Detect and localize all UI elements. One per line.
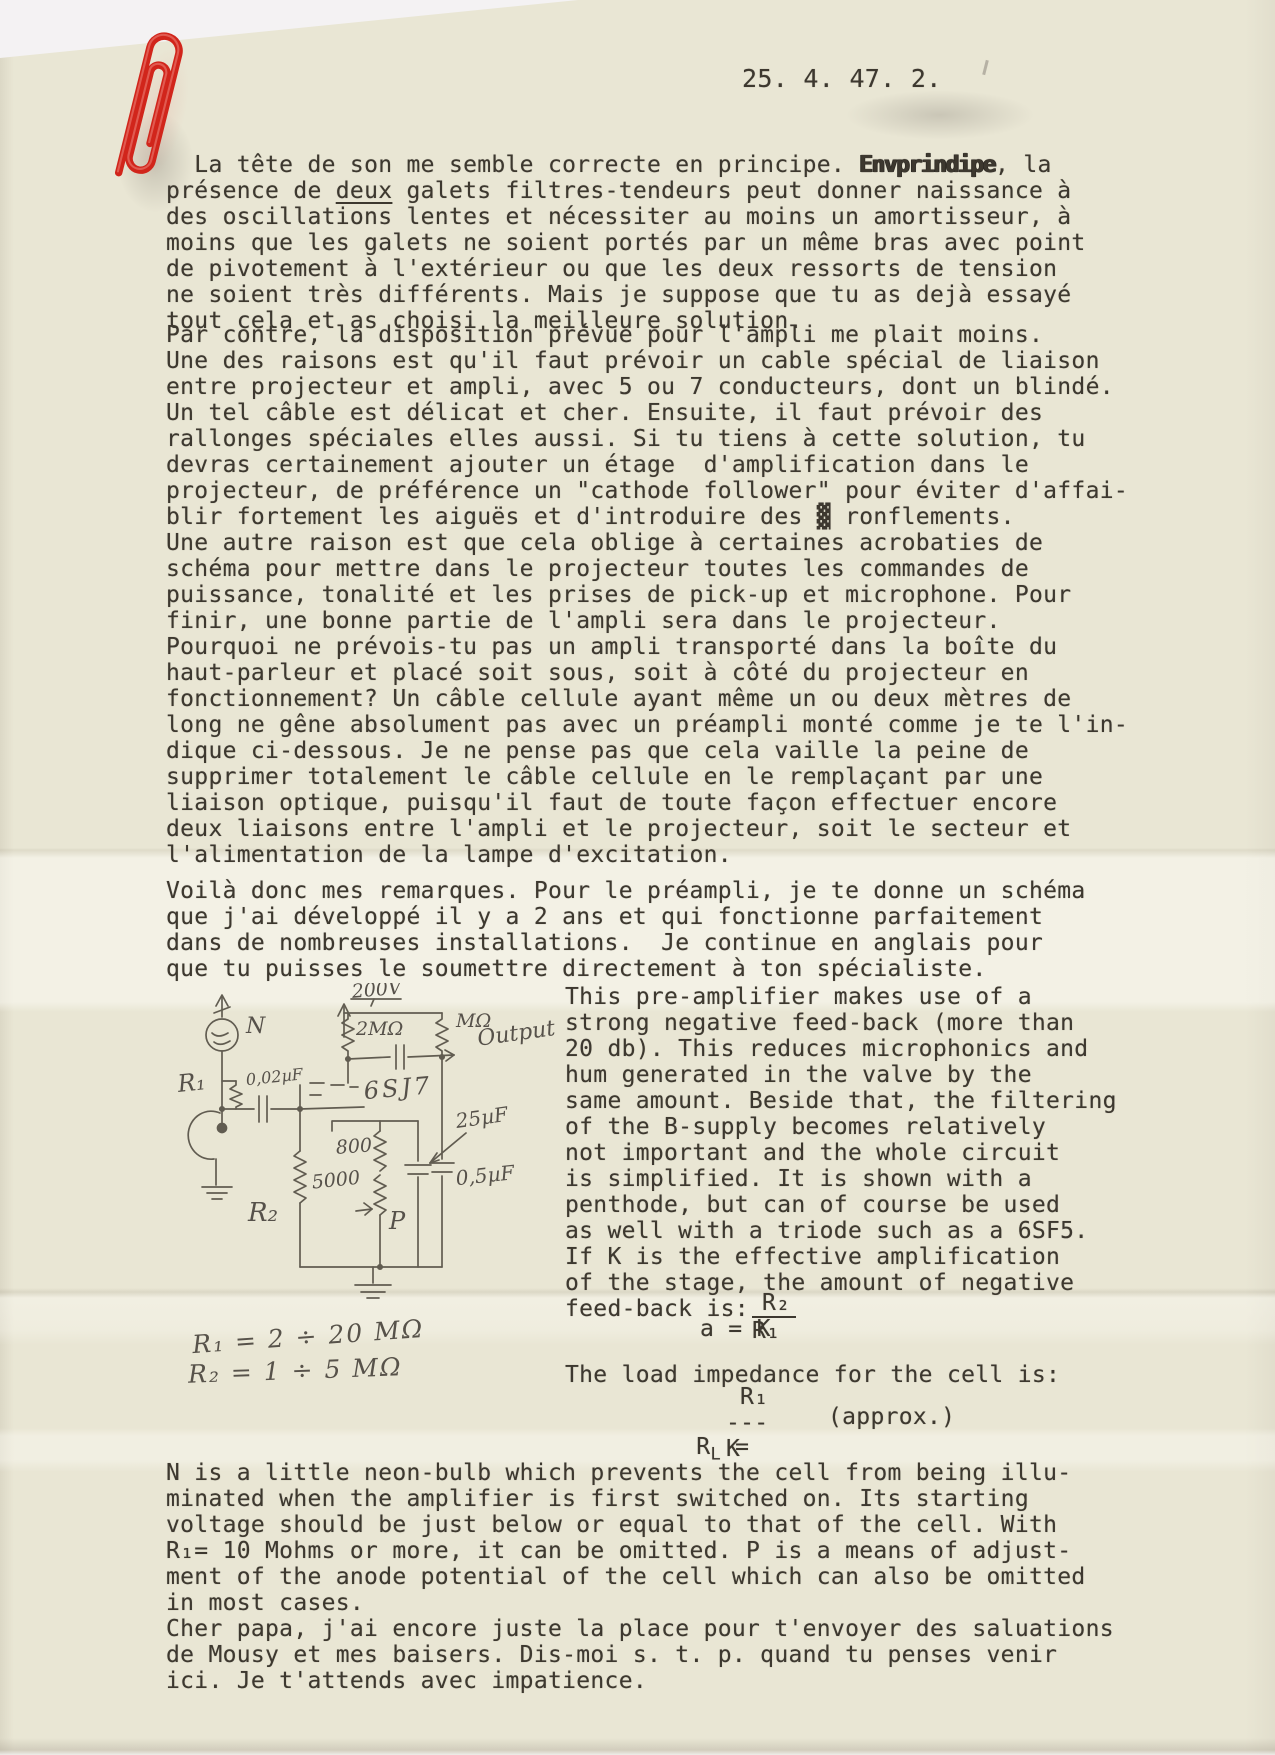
p1-overtyped-word: Envprindipe xyxy=(859,152,995,178)
label-grid-resistor: 5000 xyxy=(311,1167,361,1194)
label-r2: R₂ xyxy=(247,1198,278,1228)
paragraph-french-1: La tête de son me semble correcte en pri… xyxy=(166,126,1131,334)
gain-numerator: R₂ xyxy=(752,1290,796,1318)
date: 25. 4. 47. 2. xyxy=(742,66,942,92)
label-r1: R₁ xyxy=(175,1067,206,1098)
p1-text: La tête de son me semble correcte en pri… xyxy=(194,152,859,178)
label-screen-cap: 0,5µF xyxy=(455,1160,517,1190)
gain-formula-fraction: R₂ R₁ xyxy=(752,1290,796,1344)
approx-note: (approx.) xyxy=(828,1404,955,1430)
label-cathode-cap: 25µF xyxy=(453,1102,510,1133)
circuit-diagram: 200V 2MΩ MΩ Output N R₁ 0,02µF 6SJ7 800 … xyxy=(158,983,563,1323)
paragraph-closing: N is a little neon-bulb which prevents t… xyxy=(166,1460,1166,1694)
label-potentiometer: P xyxy=(388,1207,406,1235)
load-denominator: K xyxy=(726,1436,768,1462)
load-bar: --- xyxy=(726,1410,768,1436)
label-cathode-resistor: 800 xyxy=(335,1134,373,1158)
label-supply-voltage: 200V xyxy=(350,983,405,1003)
label-neon-bulb: N xyxy=(245,1014,266,1039)
label-tube: 6SJ7 xyxy=(363,1071,434,1105)
gain-denominator: R₁ xyxy=(752,1318,796,1344)
circuit-svg: 200V 2MΩ MΩ Output N R₁ 0,02µF 6SJ7 800 … xyxy=(158,983,563,1323)
paragraph-french-2: Par contre, la disposition prévue pour l… xyxy=(166,322,1146,868)
label-input-cap: 0,02µF xyxy=(245,1064,305,1089)
load-lhs-r: R xyxy=(696,1434,710,1460)
paragraph-english: This pre-amplifier makes use of a strong… xyxy=(565,984,1125,1322)
load-formula-fraction: R₁ --- K xyxy=(726,1384,768,1462)
label-plate-resistor: 2MΩ xyxy=(355,1018,403,1040)
paragraph-french-3: Voilà donc mes remarques. Pour le préamp… xyxy=(166,878,1146,982)
load-numerator: R₁ xyxy=(726,1384,768,1410)
load-impedance-line: The load impedance for the cell is: xyxy=(565,1362,1060,1388)
p1-underlined-word: deux xyxy=(336,178,393,204)
